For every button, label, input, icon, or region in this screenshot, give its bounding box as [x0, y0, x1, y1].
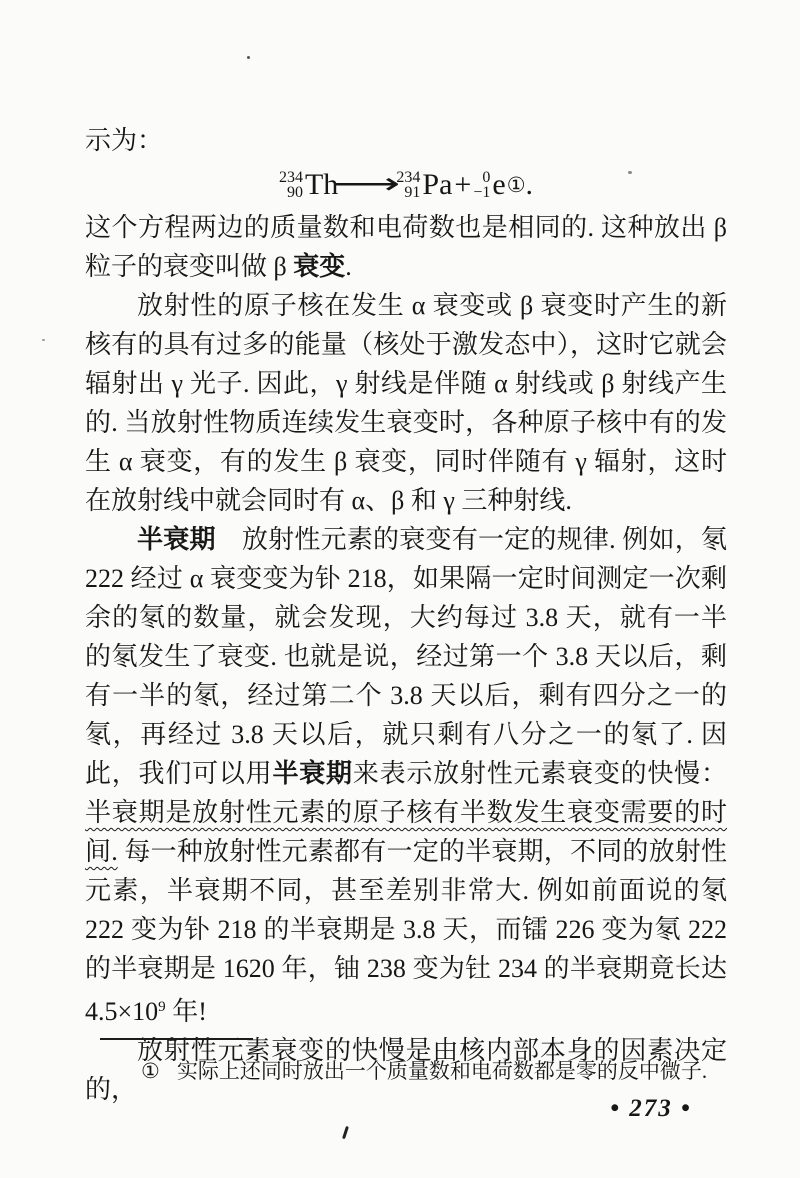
text-run: 衰变 — [293, 252, 345, 281]
text-run: 这个方程两边的质量数和电荷数也是相同的. 这种放出 β 粒子的衰变叫做 β — [85, 213, 727, 281]
body-paragraphs: 这个方程两边的质量数和电荷数也是相同的. 这种放出 β 粒子的衰变叫做 β 衰变… — [85, 208, 727, 1109]
text-run: 年! — [166, 997, 207, 1026]
footnote-marker: ① — [141, 1059, 160, 1083]
reaction-arrow-icon: ⟶ — [332, 168, 400, 202]
text-run: . — [345, 252, 352, 281]
footnote: ①实际上还同时放出一个质量数和电荷数都是零的反中微子. — [85, 1056, 733, 1086]
scan-speck — [628, 171, 632, 174]
nuclide-protactinium: 234 91 Pa — [396, 168, 452, 202]
paragraph: 放射性的原子核在发生 α 衰变或 β 衰变时产生的新核有的具有过多的能量（核处于… — [85, 286, 727, 520]
nuclide-thorium: 234 90 Th — [279, 168, 338, 202]
text-run: 9 — [158, 999, 166, 1015]
text-run: 放射性的原子核在发生 α 衰变或 β 衰变时产生的新核有的具有过多的能量（核处于… — [85, 291, 727, 515]
scan-speck — [42, 339, 45, 341]
text-run: 半衰期 — [137, 525, 216, 554]
mass-number: 234 — [279, 170, 303, 185]
text-run: 来表示放射性元素衰变的快慢： — [353, 759, 727, 788]
footnote-text: 实际上还同时放出一个质量数和电荷数都是零的反中微子. — [177, 1059, 707, 1083]
footnote-divider — [100, 1038, 253, 1040]
lead-line: 示为： — [85, 121, 727, 160]
thorium-prescripts: 234 90 — [279, 170, 303, 200]
atomic-number: −1 — [473, 185, 490, 200]
footnote-marker: ① — [507, 168, 526, 202]
element-symbol: e — [492, 168, 505, 202]
scan-scratch-mark — [342, 1126, 348, 1139]
equation-period: . — [526, 168, 534, 202]
beta-electron: 0 −1 e — [473, 168, 505, 202]
main-text: 示为： 234 90 Th ⟶ 234 91 Pa + 0 — [85, 121, 727, 1109]
element-symbol: Pa — [422, 168, 452, 202]
paragraph: 半衰期 放射性元素的衰变有一定的规律. 例如，氡 222 经过 α 衰变变为钋 … — [85, 520, 727, 1031]
text-run: 放射性元素的衰变有一定的规律. 例如，氡 222 经过 α 衰变变为钋 218，… — [85, 525, 727, 788]
plus-sign: + — [454, 168, 471, 202]
paragraph: 这个方程两边的质量数和电荷数也是相同的. 这种放出 β 粒子的衰变叫做 β 衰变… — [85, 208, 727, 286]
book-page: 示为： 234 90 Th ⟶ 234 91 Pa + 0 — [0, 0, 800, 1178]
text-run: 半衰期 — [272, 759, 352, 788]
electron-prescripts: 0 −1 — [473, 170, 490, 200]
scan-speck — [247, 56, 250, 59]
atomic-number: 91 — [404, 185, 420, 200]
mass-number: 0 — [482, 170, 490, 185]
atomic-number: 90 — [287, 185, 303, 200]
page-number: • 273 • — [596, 1095, 706, 1123]
